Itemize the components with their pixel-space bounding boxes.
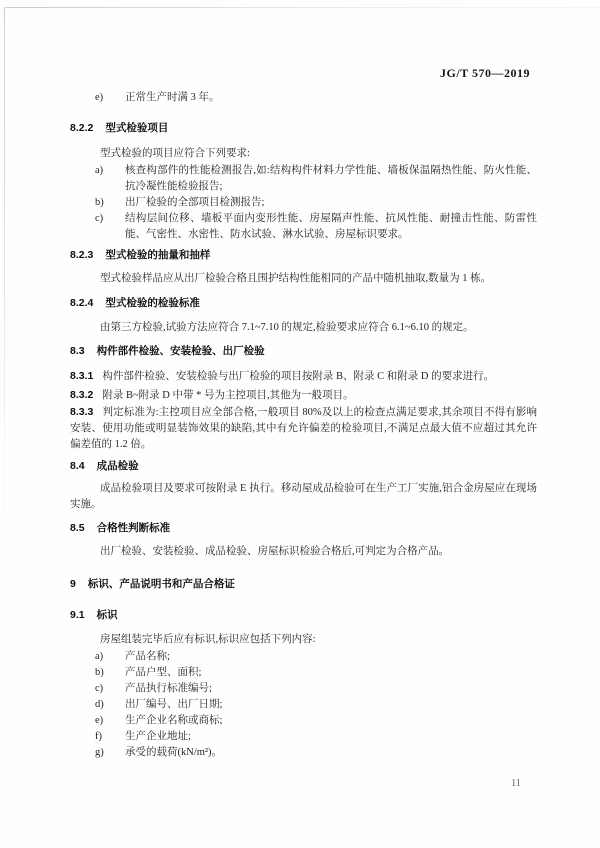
list-item-text: 生产企业地址; [125,729,537,745]
list-item-label: a) [95,163,125,195]
chapter-heading-9: 9标识、产品说明书和产品合格证 [70,576,537,592]
paragraph-8-2-3: 型式检验样品应从出厂检验合格且围护结构性能相同的产品中随机抽取,数量为 1 栋。 [70,271,537,287]
list-item-text: 结构层间位移、墙板平面内变形性能、房屋隔声性能、抗风性能、耐撞击性能、防雷性能、… [125,211,537,243]
section-heading-8-2-4: 8.2.4型式检验的检验标准 [70,295,537,311]
clause-number: 8.3.1 [70,370,93,382]
section-title: 构件部件检验、安装检验、出厂检验 [97,345,265,357]
section-heading-8-4: 8.4成品检验 [70,458,537,474]
list-item-text: 产品执行标准编号; [125,681,537,697]
clause-text: 判定标准为:主控项目应全部合格,一般项目 80%及以上的检查点满足要求,其余项目… [70,407,537,450]
section-number: 9.1 [70,609,85,621]
scan-edge-left [4,7,5,567]
list-item-text: 出厂编号、出厂日期; [125,697,537,713]
list-8-2-2: a) 核查构部件的性能检测报告,如:结构构件材料力学性能、墙板保温隔热性能、防火… [70,163,537,243]
section-heading-8-3: 8.3构件部件检验、安装检验、出厂检验 [70,343,537,359]
section-title: 成品检验 [97,460,139,472]
clause-text: 构件部件检验、安装检验与出厂检验的项目按附录 B、附录 C 和附录 D 的要求进… [102,371,494,382]
list-9-1: a) 产品名称; b) 产品户型、面积; c) 产品执行标准编号; d) 出厂编… [70,649,537,761]
section-number: 8.2.4 [70,297,93,309]
section-heading-9-1: 9.1标识 [70,607,537,623]
list-item-text: 承受的载荷(kN/m²)。 [125,745,537,761]
list-item-label: c) [95,681,125,697]
list-item-c: c) 结构层间位移、墙板平面内变形性能、房屋隔声性能、抗风性能、耐撞击性能、防雷… [70,211,537,243]
list-item-label: f) [95,729,125,745]
list-item-g: g) 承受的载荷(kN/m²)。 [70,745,537,761]
section-number: 9 [70,578,76,590]
section-heading-8-2-3: 8.2.3型式检验的抽量和抽样 [70,247,537,263]
list-item-text: 生产企业名称或商标; [125,713,537,729]
list-item-a: a) 产品名称; [70,649,537,665]
section-title: 合格性判断标准 [97,522,171,534]
section-number: 8.2.2 [70,122,93,134]
list-item-a: a) 核查构部件的性能检测报告,如:结构构件材料力学性能、墙板保温隔热性能、防火… [70,163,537,195]
list-item-label: e) [95,713,125,729]
clause-number: 8.3.3 [70,406,93,418]
list-item-label: b) [95,665,125,681]
list-item-label: e) [95,90,125,106]
list-item-label: b) [95,195,125,211]
list-item-b: b) 出厂检验的全部项目检测报告; [70,195,537,211]
section-number: 8.4 [70,460,85,472]
list-item-text: 产品名称; [125,649,537,665]
page-number: 11 [503,778,529,789]
document-page: JG/T 570—2019 e) 正常生产时满 3 年。 8.2.2型式检验项目… [0,0,600,848]
paragraph-8-2-4: 由第三方检验,试验方法应符合 7.1~7.10 的规定,检验要求应符合 6.1~… [70,320,537,336]
section-heading-8-2-2: 8.2.2型式检验项目 [70,120,537,136]
section-title: 标识、产品说明书和产品合格证 [88,578,235,590]
paragraph-8-2-2-intro: 型式检验的项目应符合下列要求: [70,146,537,162]
document-body: e) 正常生产时满 3 年。 8.2.2型式检验项目 型式检验的项目应符合下列要… [70,0,537,761]
list-item-label: g) [95,745,125,761]
clause-8-3-2: 8.3.2附录 B~附录 D 中带 * 号为主控项目,其他为一般项目。 [70,387,537,404]
list-item-carryover-e: e) 正常生产时满 3 年。 [70,90,537,106]
list-item-text: 核查构部件的性能检测报告,如:结构构件材料力学性能、墙板保温隔热性能、防火性能、… [125,163,537,195]
paragraph-8-4: 成品检验项目及要求可按附录 E 执行。移动屋成品检验可在生产工厂实施,铝合金房屋… [70,481,537,513]
clause-number: 8.3.2 [70,389,93,401]
paragraph-8-5: 出厂检验、安装检验、成品检验、房屋标识检验合格后,可判定为合格产品。 [70,544,537,560]
clause-text: 附录 B~附录 D 中带 * 号为主控项目,其他为一般项目。 [102,390,353,401]
list-item-c: c) 产品执行标准编号; [70,681,537,697]
section-title: 型式检验的检验标准 [105,297,200,309]
section-title: 型式检验项目 [105,122,168,134]
section-heading-8-5: 8.5合格性判断标准 [70,520,537,536]
list-item-text: 正常生产时满 3 年。 [125,90,537,106]
section-number: 8.2.3 [70,249,93,261]
clause-8-3-1: 8.3.1构件部件检验、安装检验与出厂检验的项目按附录 B、附录 C 和附录 D… [70,368,537,385]
list-item-text: 产品户型、面积; [125,665,537,681]
list-item-b: b) 产品户型、面积; [70,665,537,681]
section-title: 型式检验的抽量和抽样 [105,249,210,261]
list-item-f: f) 生产企业地址; [70,729,537,745]
list-item-text: 出厂检验的全部项目检测报告; [125,195,537,211]
list-item-d: d) 出厂编号、出厂日期; [70,697,537,713]
paragraph-9-1-intro: 房屋组装完毕后应有标识,标识应包括下列内容: [70,632,537,648]
list-item-label: c) [95,211,125,243]
section-title: 标识 [97,609,118,621]
clause-8-3-3: 8.3.3判定标准为:主控项目应全部合格,一般项目 80%及以上的检查点满足要求… [70,404,537,453]
section-number: 8.5 [70,522,85,534]
list-item-label: d) [95,697,125,713]
section-number: 8.3 [70,345,85,357]
list-item-label: a) [95,649,125,665]
list-item-e: e) 生产企业名称或商标; [70,713,537,729]
